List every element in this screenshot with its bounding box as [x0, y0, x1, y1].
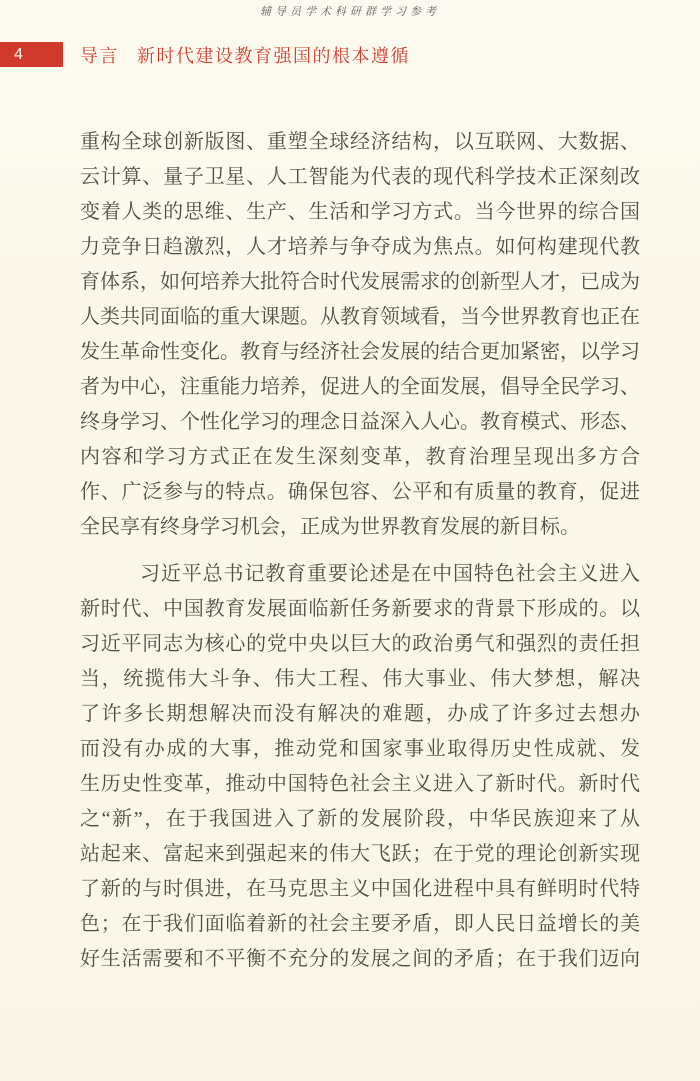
text-line: 习近平同志为核心的党中央以巨大的政治勇气和强烈的责任担	[80, 627, 640, 662]
page-number: 4	[14, 46, 23, 63]
text-line: 内容和学习方式正在发生深刻变革，教育治理呈现出多方合	[80, 440, 640, 475]
paragraph: 重构全球创新版图、重塑全球经济结构，以互联网、大数据、云计算、量子卫星、人工智能…	[80, 125, 640, 545]
text-line: 站起来、富起来到强起来的伟大飞跃；在于党的理论创新实现	[80, 837, 640, 872]
text-line: 人类共同面临的重大课题。从教育领域看，当今世界教育也正在	[80, 300, 640, 335]
chapter-title: 新时代建设教育强国的根本遵循	[137, 42, 410, 68]
text-line: 发生革命性变化。教育与经济社会发展的结合更加紧密，以学习	[80, 335, 640, 370]
text-line: 新时代、中国教育发展面临新任务新要求的背景下形成的。以	[80, 592, 640, 627]
text-line: 而没有办成的大事，推动党和国家事业取得历史性成就、发	[80, 732, 640, 767]
body-text: 重构全球创新版图、重塑全球经济结构，以互联网、大数据、云计算、量子卫星、人工智能…	[80, 125, 640, 977]
text-line: 之“新”，在于我国进入了新的发展阶段，中华民族迎来了从	[80, 802, 640, 837]
text-line: 者为中心，注重能力培养，促进人的全面发展，倡导全民学习、	[80, 370, 640, 405]
text-line: 变着人类的思维、生产、生活和学习方式。当今世界的综合国	[80, 195, 640, 230]
text-line: 了许多长期想解决而没有解决的难题，办成了许多过去想办	[80, 697, 640, 732]
text-line: 当，统揽伟大斗争、伟大工程、伟大事业、伟大梦想，解决	[80, 662, 640, 697]
text-line: 重构全球创新版图、重塑全球经济结构，以互联网、大数据、	[80, 125, 640, 160]
text-line: 云计算、量子卫星、人工智能为代表的现代科学技术正深刻改	[80, 160, 640, 195]
text-line: 习近平总书记教育重要论述是在中国特色社会主义进入	[80, 557, 640, 592]
chapter-header: 导言 新时代建设教育强国的根本遵循	[80, 42, 410, 67]
paragraph: 习近平总书记教育重要论述是在中国特色社会主义进入新时代、中国教育发展面临新任务新…	[80, 557, 640, 977]
text-line: 终身学习、个性化学习的理念日益深入人心。教育模式、形态、	[80, 405, 640, 440]
text-line: 生历史性变革，推动中国特色社会主义进入了新时代。新时代	[80, 767, 640, 802]
page-number-tab: 4	[0, 42, 63, 67]
text-line: 作、广泛参与的特点。确保包容、公平和有质量的教育，促进	[80, 475, 640, 510]
text-line: 了新的与时俱进，在马克思主义中国化进程中具有鲜明时代特	[80, 872, 640, 907]
chapter-section-label: 导言	[80, 42, 119, 68]
text-line: 全民享有终身学习机会，正成为世界教育发展的新目标。	[80, 510, 640, 545]
text-line: 色；在于我们面临着新的社会主要矛盾，即人民日益增长的美	[80, 907, 640, 942]
text-line: 好生活需要和不平衡不充分的发展之间的矛盾；在于我们迈向	[80, 942, 640, 977]
book-page: 辅导员学术科研群学习参考 4 导言 新时代建设教育强国的根本遵循 重构全球创新版…	[0, 0, 700, 1081]
text-line: 育体系，如何培养大批符合时代发展需求的创新型人才，已成为	[80, 265, 640, 300]
watermark-text: 辅导员学术科研群学习参考	[0, 3, 700, 19]
text-line: 力竞争日趋激烈，人才培养与争夺成为焦点。如何构建现代教	[80, 230, 640, 265]
